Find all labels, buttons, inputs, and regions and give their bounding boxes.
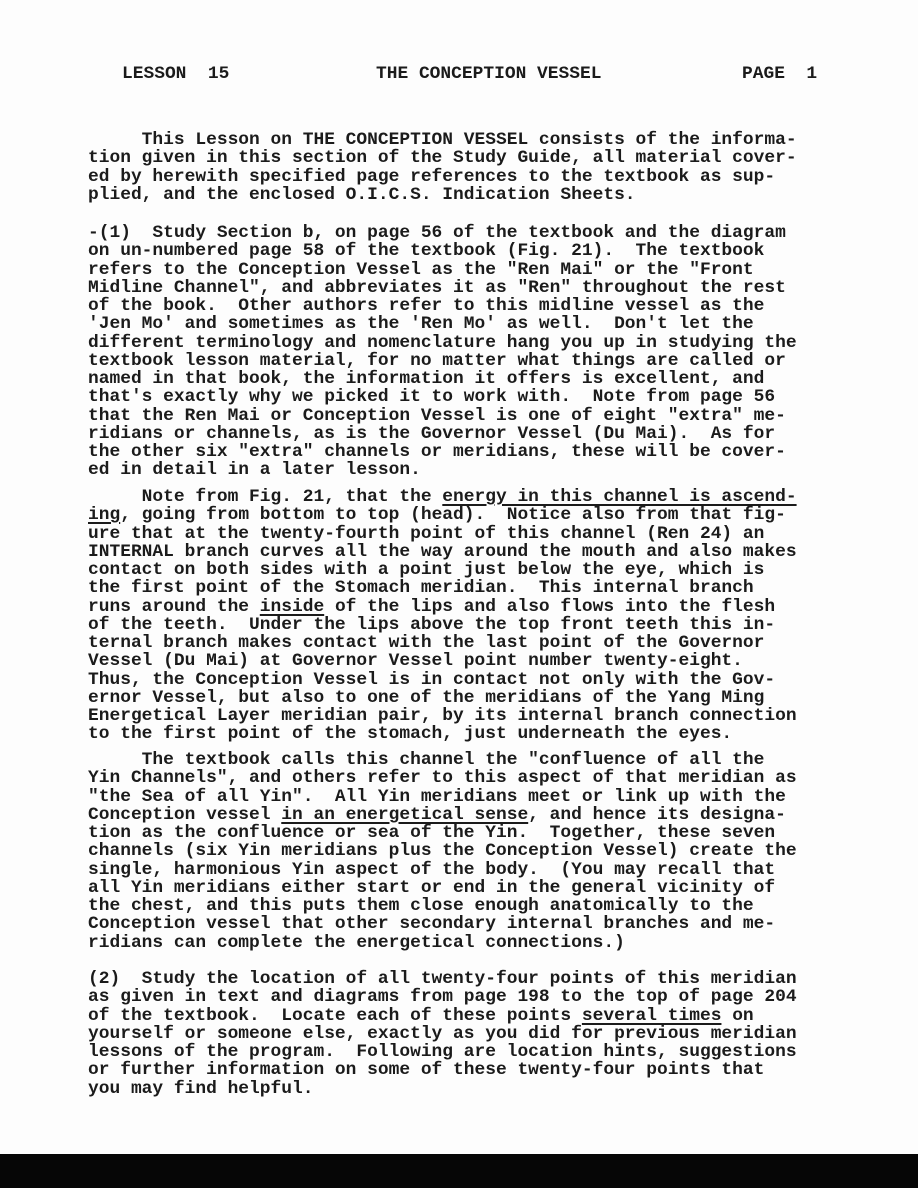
page-title: THE CONCEPTION VESSEL — [376, 64, 601, 84]
text-line: tion given in this section of the Study … — [88, 149, 848, 167]
paragraph-item-2: (2) Study the location of all twenty-fou… — [88, 970, 848, 1098]
text-line: contact on both sides with a point just … — [88, 561, 848, 579]
text-line: all Yin meridians either start or end in… — [88, 879, 848, 897]
text-line: yourself or someone else, exactly as you… — [88, 1025, 848, 1043]
paragraph-note-fig-21: Note from Fig. 21, that the energy in th… — [88, 488, 848, 744]
paragraph-item-1: -(1) Study Section b, on page 56 of the … — [88, 224, 848, 480]
text-line: single, harmonious Yin aspect of the bod… — [88, 861, 848, 879]
text-line: as given in text and diagrams from page … — [88, 988, 848, 1006]
text-line: Energetical Layer meridian pair, by its … — [88, 707, 848, 725]
underlined-text: inside — [260, 597, 324, 617]
scan-artifact-bar — [0, 1154, 918, 1188]
text-line: ure that at the twenty-fourth point of t… — [88, 525, 848, 543]
text-line: Conception vessel that other secondary i… — [88, 915, 848, 933]
text-line: ridians or channels, as is the Governor … — [88, 425, 848, 443]
text-line: ternal branch makes contact with the las… — [88, 634, 848, 652]
text-line: to the first point of the stomach, just … — [88, 725, 848, 743]
text-line: textbook lesson material, for no matter … — [88, 352, 848, 370]
text-line: the chest, and this puts them close enou… — [88, 897, 848, 915]
text-line: of the book. Other authors refer to this… — [88, 297, 848, 315]
text-line: Midline Channel", and abbreviates it as … — [88, 279, 848, 297]
text-line: that the Ren Mai or Conception Vessel is… — [88, 407, 848, 425]
text-line: ridians can complete the energetical con… — [88, 934, 848, 952]
underlined-text: ing — [88, 505, 120, 525]
text-line: "the Sea of all Yin". All Yin meridians … — [88, 788, 848, 806]
text-line: Conception vessel in an energetical sens… — [88, 806, 848, 824]
page-number: PAGE 1 — [742, 64, 817, 84]
text-line: that's exactly why we picked it to work … — [88, 388, 848, 406]
underlined-text: several times — [582, 1006, 722, 1026]
scanned-page: LESSON 15 THE CONCEPTION VESSEL PAGE 1 T… — [0, 0, 918, 1188]
text-line: ernor Vessel, but also to one of the mer… — [88, 689, 848, 707]
text-line: lessons of the program. Following are lo… — [88, 1043, 848, 1061]
lesson-label: LESSON 15 — [122, 64, 229, 84]
text-line: different terminology and nomenclature h… — [88, 334, 848, 352]
text-line: of the textbook. Locate each of these po… — [88, 1007, 848, 1025]
text-line: refers to the Conception Vessel as the "… — [88, 261, 848, 279]
text-line: or further information on some of these … — [88, 1061, 848, 1079]
text-line: named in that book, the information it o… — [88, 370, 848, 388]
underlined-text: energy in this channel is ascend- — [442, 487, 796, 507]
text-line: The textbook calls this channel the "con… — [88, 751, 848, 769]
text-line: This Lesson on THE CONCEPTION VESSEL con… — [88, 131, 848, 149]
text-line: 'Jen Mo' and sometimes as the 'Ren Mo' a… — [88, 315, 848, 333]
underlined-text: in an energetical sense — [281, 805, 528, 825]
text-line: Note from Fig. 21, that the energy in th… — [88, 488, 848, 506]
text-line: INTERNAL branch curves all the way aroun… — [88, 543, 848, 561]
text-line: on un-numbered page 58 of the textbook (… — [88, 242, 848, 260]
text-line: the first point of the Stomach meridian.… — [88, 579, 848, 597]
text-line: plied, and the enclosed O.I.C.S. Indicat… — [88, 186, 848, 204]
text-line: runs around the inside of the lips and a… — [88, 598, 848, 616]
text-line: you may find helpful. — [88, 1080, 848, 1098]
text-line: tion as the confluence or sea of the Yin… — [88, 824, 848, 842]
text-line: ing, going from bottom to top (head). No… — [88, 506, 848, 524]
paragraph-intro: This Lesson on THE CONCEPTION VESSEL con… — [88, 131, 848, 204]
text-line: ed in detail in a later lesson. — [88, 461, 848, 479]
paragraph-confluence: The textbook calls this channel the "con… — [88, 751, 848, 952]
text-line: channels (six Yin meridians plus the Con… — [88, 842, 848, 860]
text-line: the other six "extra" channels or meridi… — [88, 443, 848, 461]
text-line: Vessel (Du Mai) at Governor Vessel point… — [88, 652, 848, 670]
text-line: -(1) Study Section b, on page 56 of the … — [88, 224, 848, 242]
text-line: of the teeth. Under the lips above the t… — [88, 616, 848, 634]
text-line: ed by herewith specified page references… — [88, 168, 848, 186]
text-line: Yin Channels", and others refer to this … — [88, 769, 848, 787]
text-line: (2) Study the location of all twenty-fou… — [88, 970, 848, 988]
text-line: Thus, the Conception Vessel is in contac… — [88, 671, 848, 689]
